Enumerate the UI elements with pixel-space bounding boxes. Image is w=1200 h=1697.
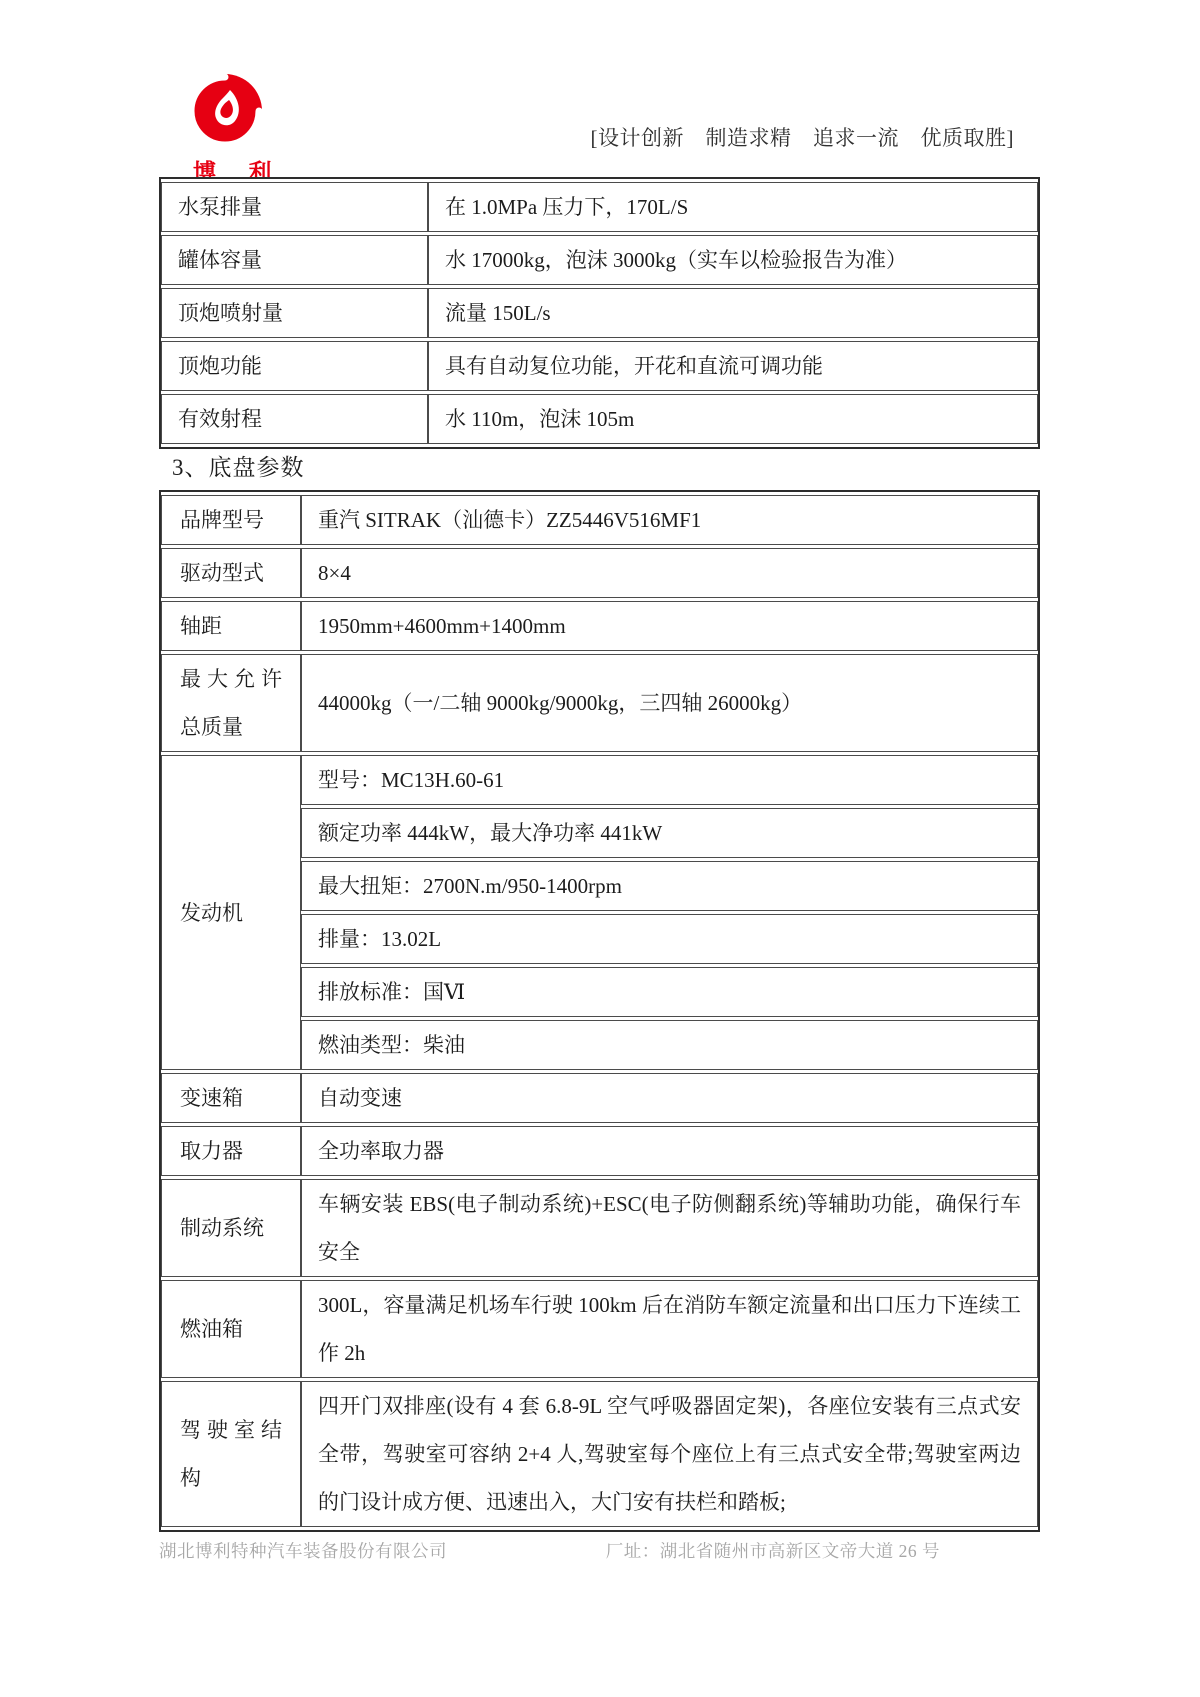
spec-table-pump: 水泵排量 在 1.0MPa 压力下，170L/S 罐体容量 水 17000kg，… — [159, 177, 1040, 449]
spec-label: 驾驶室结构 — [161, 1381, 301, 1527]
spec-label: 制动系统 — [161, 1179, 301, 1277]
engine-spec-value: 燃油类型：柴油 — [301, 1020, 1038, 1070]
table-row: 品牌型号 重汽 SITRAK（汕德卡）ZZ5446V516MF1 — [161, 495, 1038, 545]
spec-value: 重汽 SITRAK（汕德卡）ZZ5446V516MF1 — [301, 495, 1038, 545]
engine-spec-value: 额定功率 444kW，最大净功率 441kW — [301, 808, 1038, 858]
table-row: 顶炮喷射量 流量 150L/s — [161, 288, 1038, 338]
header-slogan: [设计创新 制造求精 追求一流 优质取胜] — [591, 122, 1015, 152]
section-heading: 3、底盘参数 — [172, 449, 305, 482]
spec-label: 最大允许总质量 — [161, 654, 301, 752]
engine-spec-value: 排放标准：国Ⅵ — [301, 967, 1038, 1017]
table-row: 驱动型式 8×4 — [161, 548, 1038, 598]
document-page: 博 利 [设计创新 制造求精 追求一流 优质取胜] 水泵排量 在 1.0MPa … — [0, 0, 1200, 1697]
spec-label: 顶炮功能 — [161, 341, 428, 391]
table-row: 罐体容量 水 17000kg，泡沫 3000kg（实车以检验报告为准） — [161, 235, 1038, 285]
spec-table-chassis: 品牌型号 重汽 SITRAK（汕德卡）ZZ5446V516MF1 驱动型式 8×… — [159, 490, 1040, 1532]
spec-label-engine: 发动机 — [161, 755, 301, 1070]
spec-label: 品牌型号 — [161, 495, 301, 545]
spec-value: 8×4 — [301, 548, 1038, 598]
spec-label: 罐体容量 — [161, 235, 428, 285]
engine-spec-value: 最大扭矩：2700N.m/950-1400rpm — [301, 861, 1038, 911]
spec-value: 车辆安装 EBS(电子制动系统)+ESC(电子防侧翻系统)等辅助功能，确保行车安… — [301, 1179, 1038, 1277]
spec-value: 300L，容量满足机场车行驶 100km 后在消防车额定流量和出口压力下连续工作… — [301, 1280, 1038, 1378]
table-row: 变速箱 自动变速 — [161, 1073, 1038, 1123]
table-row: 轴距 1950mm+4600mm+1400mm — [161, 601, 1038, 651]
spec-label: 变速箱 — [161, 1073, 301, 1123]
table-row: 顶炮功能 具有自动复位功能，开花和直流可调功能 — [161, 341, 1038, 391]
spec-label: 水泵排量 — [161, 182, 428, 232]
spec-value: 自动变速 — [301, 1073, 1038, 1123]
engine-spec-value: 型号：MC13H.60-61 — [301, 755, 1038, 805]
table-row: 有效射程 水 110m，泡沫 105m — [161, 394, 1038, 444]
spec-label: 取力器 — [161, 1126, 301, 1176]
table-row: 驾驶室结构 四开门双排座(设有 4 套 6.8-9L 空气呼吸器固定架)，各座位… — [161, 1381, 1038, 1527]
logo-swirl-icon — [184, 70, 266, 152]
table-row: 取力器 全功率取力器 — [161, 1126, 1038, 1176]
spec-value: 44000kg（一/二轴 9000kg/9000kg，三四轴 26000kg） — [301, 654, 1038, 752]
table-row-engine: 发动机 型号：MC13H.60-61 — [161, 755, 1038, 805]
spec-value: 流量 150L/s — [428, 288, 1038, 338]
spec-value: 具有自动复位功能，开花和直流可调功能 — [428, 341, 1038, 391]
page-footer: 湖北博利特种汽车装备股份有限公司 厂址：湖北省随州市高新区文帝大道 26 号 — [159, 1538, 1040, 1563]
spec-label: 驱动型式 — [161, 548, 301, 598]
footer-address: 厂址：湖北省随州市高新区文帝大道 26 号 — [606, 1538, 940, 1563]
spec-value: 水 110m，泡沫 105m — [428, 394, 1038, 444]
spec-value: 在 1.0MPa 压力下，170L/S — [428, 182, 1038, 232]
company-logo: 博 利 — [183, 70, 267, 187]
spec-value: 1950mm+4600mm+1400mm — [301, 601, 1038, 651]
footer-company: 湖北博利特种汽车装备股份有限公司 — [159, 1538, 447, 1563]
spec-label: 有效射程 — [161, 394, 428, 444]
table-row: 水泵排量 在 1.0MPa 压力下，170L/S — [161, 182, 1038, 232]
spec-value: 水 17000kg，泡沫 3000kg（实车以检验报告为准） — [428, 235, 1038, 285]
table-row: 燃油箱 300L，容量满足机场车行驶 100km 后在消防车额定流量和出口压力下… — [161, 1280, 1038, 1378]
spec-label: 顶炮喷射量 — [161, 288, 428, 338]
spec-label: 燃油箱 — [161, 1280, 301, 1378]
table-row: 最大允许总质量 44000kg（一/二轴 9000kg/9000kg，三四轴 2… — [161, 654, 1038, 752]
spec-value: 全功率取力器 — [301, 1126, 1038, 1176]
engine-spec-value: 排量：13.02L — [301, 914, 1038, 964]
page-header: 博 利 [设计创新 制造求精 追求一流 优质取胜] — [160, 0, 1040, 177]
spec-value: 四开门双排座(设有 4 套 6.8-9L 空气呼吸器固定架)，各座位安装有三点式… — [301, 1381, 1038, 1527]
spec-label: 轴距 — [161, 601, 301, 651]
table-row: 制动系统 车辆安装 EBS(电子制动系统)+ESC(电子防侧翻系统)等辅助功能，… — [161, 1179, 1038, 1277]
